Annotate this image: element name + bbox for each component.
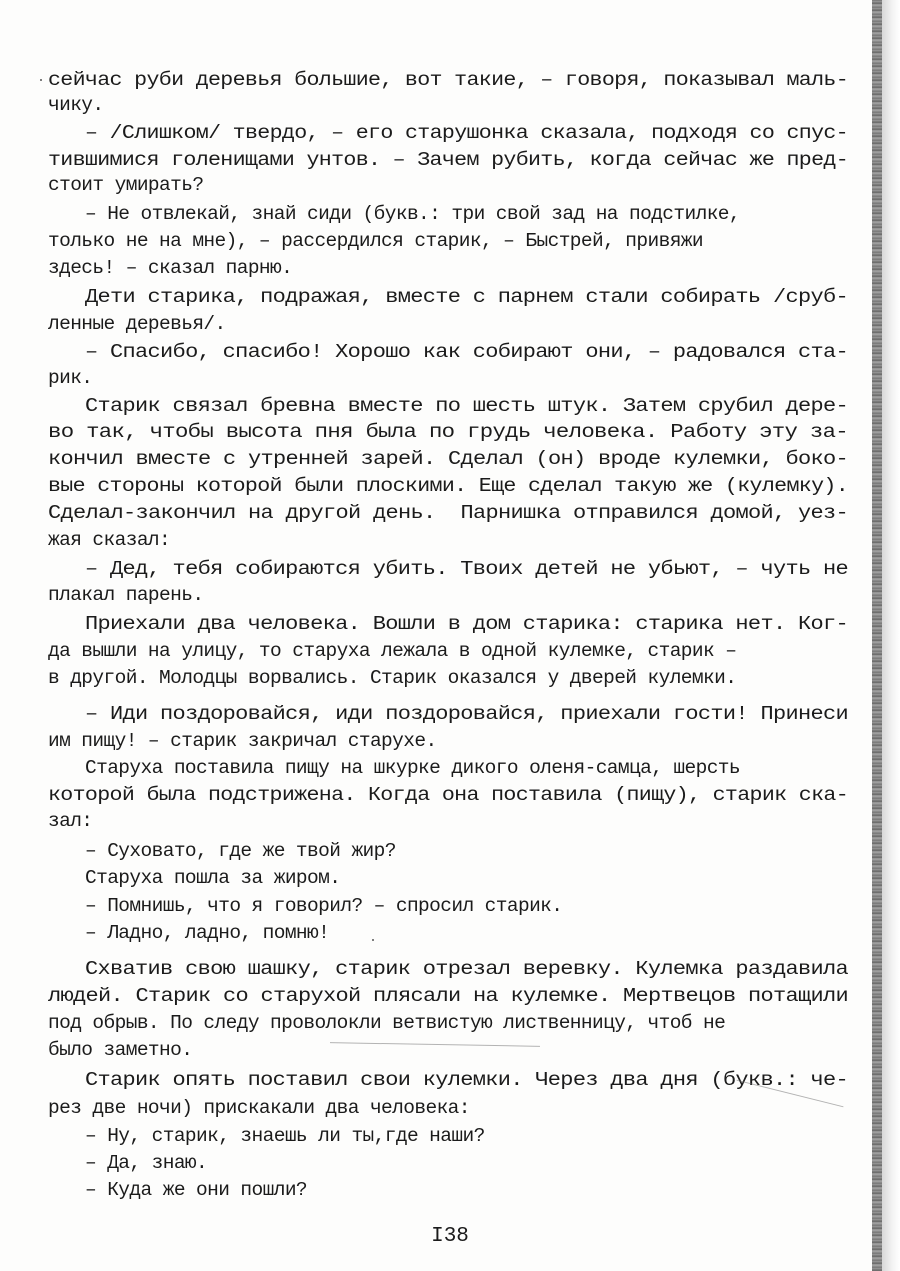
text-line: – Ладно, ладно, помню! <box>85 922 329 944</box>
text-line: под обрыв. По следу проволокли ветвистую… <box>48 1012 725 1034</box>
text-line: да вышли на улицу, то старуха лежала в о… <box>48 640 736 662</box>
text-line: людей. Старик со старухой плясали на кул… <box>48 985 848 1007</box>
page-number: I38 <box>0 1225 900 1248</box>
text-line: стоит умирать? <box>48 174 203 196</box>
text-line: – Ну, старик, знаешь ли ты,где наши? <box>85 1125 485 1147</box>
text-line: ленные деревья/. <box>48 313 226 335</box>
text-line: Старик опять поставил свои кулемки. Чере… <box>85 1069 848 1091</box>
text-line: зал: <box>48 810 92 832</box>
text-line: во так, чтобы высота пня была по грудь ч… <box>48 421 848 443</box>
text-line: им пищу! – старик закричал старухе. <box>48 730 437 752</box>
text-line: – Суховато, где же твой жир? <box>85 840 396 862</box>
text-line: – Иди поздоровайся, иди поздоровайся, пр… <box>85 703 848 725</box>
text-line: Схватив свою шашку, старик отрезал верев… <box>85 958 848 980</box>
text-line: – Помнишь, что я говорил? – спросил стар… <box>85 895 562 917</box>
text-line: вые стороны которой были плоскими. Еще с… <box>48 475 848 497</box>
text-line: плакал парень. <box>48 584 203 606</box>
text-line: – Спасибо, спасибо! Хорошо как собирают … <box>85 341 848 363</box>
text-line: тившимися голенищами унтов. – Зачем руби… <box>48 149 848 171</box>
text-line: Старуха поставила пищу на шкурке дикого … <box>85 757 740 779</box>
text-line: было заметно. <box>48 1039 192 1061</box>
text-line: – Да, знаю. <box>85 1152 207 1174</box>
text-line: – Дед, тебя собираются убить. Твоих дете… <box>85 558 848 580</box>
text-line: Сделал-закончил на другой день. Парнишка… <box>48 502 848 524</box>
text-line: в другой. Молодцы ворвались. Старик оказ… <box>48 667 736 689</box>
page-binding-edge <box>872 0 882 1271</box>
text-line: жая сказал: <box>48 529 170 551</box>
speck <box>372 939 374 941</box>
text-line: – Куда же они пошли? <box>85 1179 307 1201</box>
pen-mark <box>330 1042 540 1047</box>
text-line: Дети старика, подражая, вместе с парнем … <box>85 286 848 308</box>
text-line: Старик связал бревна вместе по шесть шту… <box>85 395 848 417</box>
text-line: рез две ночи) прискакали два человека: <box>48 1097 470 1119</box>
text-line: сейчас руби деревья большие, вот такие, … <box>48 69 848 91</box>
speck <box>40 79 42 81</box>
text-line: только не на мне), – рассердился старик,… <box>48 230 703 252</box>
text-line: рик. <box>48 367 92 389</box>
text-line: – /Слишком/ твердо, – его старушонка ска… <box>85 122 848 144</box>
text-line: которой была подстрижена. Когда она пост… <box>48 784 848 806</box>
text-line: Приехали два человека. Вошли в дом стари… <box>85 613 848 635</box>
text-line: Старуха пошла за жиром. <box>85 867 340 889</box>
page-edge-shadow <box>882 0 900 1271</box>
text-line: здесь! – сказал парню. <box>48 257 292 279</box>
document-page: сейчас руби деревья большие, вот такие, … <box>0 0 900 1271</box>
text-line: кончил вместе с утренней зарей. Сделал (… <box>48 448 848 470</box>
text-line: – Не отвлекай, знай сиди (букв.: три сво… <box>85 203 740 225</box>
text-line: чику. <box>48 94 104 116</box>
